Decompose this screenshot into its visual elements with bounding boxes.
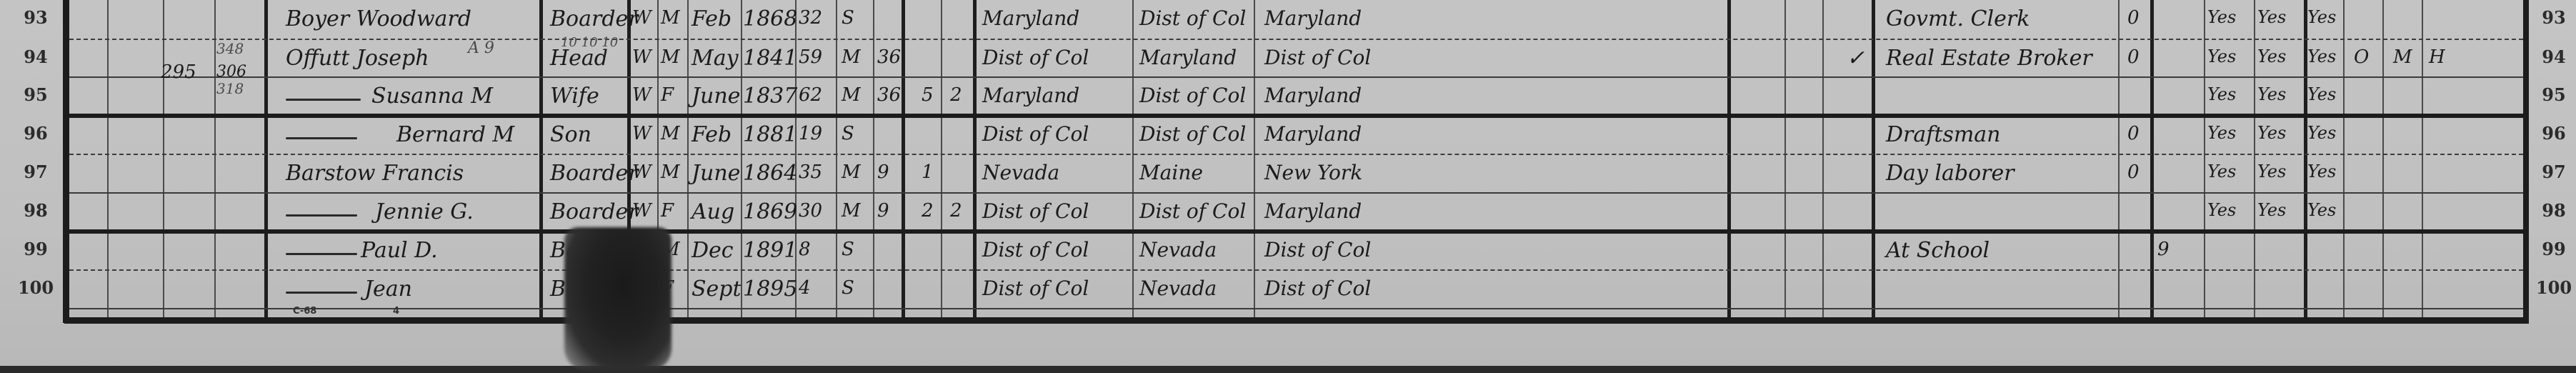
relationship-annotation: 10 10 10 (561, 36, 618, 49)
ditto-mark (286, 214, 357, 217)
mother-birthplace-cell: Maryland (1264, 86, 1362, 106)
relationship-cell: Boarder (550, 163, 639, 184)
name-cell: Susanna M (371, 86, 493, 107)
mother-of-children-cell: 2 (922, 202, 934, 220)
birthplace-cell: Maryland (982, 86, 1079, 106)
age-cell: 4 (799, 279, 811, 297)
age-cell: 59 (799, 48, 822, 66)
mother-birthplace-cell: New York (1264, 163, 1362, 183)
can-read-cell: Yes (2207, 9, 2236, 26)
can-read-cell: Yes (2207, 163, 2236, 180)
line-number-left: 97 (14, 161, 57, 182)
birth-month-cell: May (692, 48, 739, 69)
color-cell: W (632, 124, 652, 143)
birth-month-cell: June (692, 86, 740, 107)
mother-birthplace-cell: Dist of Col (1264, 279, 1371, 299)
father-birthplace-cell: Maine (1139, 163, 1203, 183)
line-number-right: 96 (2532, 123, 2575, 144)
birth-year-cell: 1841 (743, 48, 797, 69)
relationship-cell: Boarder (550, 9, 639, 30)
occupation-cell: At School (1886, 240, 1990, 262)
name-cell: Jennie G. (375, 202, 474, 223)
frame-bottom-border (64, 317, 2529, 324)
ditto-mark (286, 99, 361, 101)
marital-status-cell: S (842, 124, 854, 143)
birth-month-cell: Aug (692, 202, 734, 223)
line-number-right: 93 (2532, 7, 2575, 28)
birth-year-cell: 1868 (743, 9, 797, 30)
speaks-english-cell: Yes (2307, 202, 2336, 219)
line-number-left: 99 (14, 239, 57, 259)
owned-rented-cell: O (2354, 48, 2369, 66)
speaks-english-cell: Yes (2307, 48, 2336, 65)
film-edge (0, 366, 2576, 373)
months-unemployed-cell: 0 (2127, 9, 2140, 27)
name-cell: Barstow Francis (286, 163, 464, 184)
can-read-cell: Yes (2207, 86, 2236, 103)
birthplace-cell: Dist of Col (982, 240, 1089, 260)
name-cell: Boyer Woodward (286, 9, 471, 30)
mother-birthplace-cell: Maryland (1264, 9, 1362, 29)
years-married-cell: 9 (877, 202, 889, 220)
can-read-cell: Yes (2207, 202, 2236, 219)
birth-month-cell: Dec (692, 240, 734, 262)
mother-of-children-cell: 5 (922, 86, 934, 104)
children-living-cell: 2 (950, 202, 962, 220)
years-married-cell: 36 (877, 86, 901, 104)
occupation-cell: Draftsman (1886, 124, 2001, 146)
name-cell: Offutt Joseph (286, 48, 429, 69)
relationship-cell: Son (550, 124, 591, 146)
occupation-cell: Day laborer (1886, 163, 2015, 184)
sex-cell: M (661, 9, 680, 27)
age-cell: 8 (799, 240, 811, 259)
birth-year-cell: 1864 (743, 163, 797, 184)
frame-right-border (2523, 0, 2529, 323)
can-write-cell: Yes (2257, 202, 2286, 219)
sex-cell: M (661, 163, 680, 181)
line-number-right: 94 (2532, 46, 2575, 67)
farm-house-cell: H (2429, 48, 2445, 66)
can-write-cell: Yes (2257, 86, 2286, 103)
row-divider (69, 269, 2523, 271)
age-cell: 35 (799, 163, 822, 181)
birthplace-cell: Dist of Col (982, 202, 1089, 222)
row-divider (69, 154, 2523, 155)
birth-month-cell: Feb (692, 9, 732, 30)
color-cell: W (632, 9, 652, 27)
birth-year-cell: 1837 (743, 86, 797, 107)
relationship-cell: Boarder (550, 202, 639, 223)
color-cell: W (632, 163, 652, 181)
form-code: C-68 (293, 306, 316, 317)
marital-status-cell: M (842, 86, 861, 104)
children-living-cell: 2 (950, 86, 962, 104)
years-married-cell: 9 (877, 163, 889, 181)
months-unemployed-cell: 0 (2127, 163, 2140, 181)
can-read-cell: Yes (2207, 124, 2236, 141)
can-write-cell: Yes (2257, 48, 2286, 65)
mother-of-children-cell: 1 (922, 163, 934, 181)
line-number-left: 93 (14, 7, 57, 28)
check-mark-icon: ✓ (1847, 48, 1864, 69)
ink-blot (564, 227, 672, 370)
age-cell: 32 (799, 9, 822, 27)
birth-year-cell: 1869 (743, 202, 797, 223)
relationship-cell: Wife (550, 86, 599, 107)
line-number-left: 94 (14, 46, 57, 67)
sex-cell: M (661, 48, 680, 66)
marital-status-cell: S (842, 9, 854, 27)
name-cell: Jean (364, 279, 412, 300)
row-divider (69, 114, 2523, 118)
marital-status-cell: S (842, 240, 854, 259)
color-cell: W (632, 86, 652, 104)
months-unemployed-cell: 0 (2127, 48, 2140, 66)
father-birthplace-cell: Dist of Col (1139, 124, 1246, 144)
family-number-annotation-bottom: 318 (216, 81, 244, 96)
marital-status-cell: M (842, 48, 861, 66)
color-cell: W (632, 202, 652, 220)
dwelling-number: 295 (161, 63, 196, 81)
mother-birthplace-cell: Maryland (1264, 124, 1362, 144)
form-mark: 4 (393, 306, 399, 317)
family-number: 306 (216, 64, 246, 80)
father-birthplace-cell: Nevada (1139, 240, 1217, 260)
ditto-mark (286, 292, 357, 294)
age-cell: 19 (799, 124, 822, 143)
line-number-right: 97 (2532, 161, 2575, 182)
line-number-left: 96 (14, 123, 57, 144)
line-number-left: 98 (14, 200, 57, 221)
frame-left-border (63, 0, 69, 323)
birth-month-cell: June (692, 163, 740, 184)
father-birthplace-cell: Dist of Col (1139, 202, 1246, 222)
family-number-annotation-top: 348 (216, 41, 244, 56)
ditto-mark (286, 137, 357, 139)
line-number-right: 99 (2532, 239, 2575, 259)
speaks-english-cell: Yes (2307, 86, 2336, 103)
birthplace-cell: Dist of Col (982, 124, 1089, 144)
line-number-left: 95 (14, 84, 57, 105)
can-write-cell: Yes (2257, 124, 2286, 141)
line-number-right: 98 (2532, 200, 2575, 221)
line-number-left: 100 (14, 277, 57, 298)
sex-cell: M (661, 124, 680, 143)
birthplace-cell: Maryland (982, 9, 1079, 29)
speaks-english-cell: Yes (2307, 163, 2336, 180)
name-cell: Bernard M (396, 124, 514, 146)
sex-cell: F (661, 202, 674, 220)
row-divider (69, 39, 2523, 40)
father-birthplace-cell: Dist of Col (1139, 9, 1246, 29)
birth-year-cell: 1895 (743, 279, 797, 300)
father-birthplace-cell: Dist of Col (1139, 86, 1246, 106)
mother-birthplace-cell: Dist of Col (1264, 48, 1371, 68)
speaks-english-cell: Yes (2307, 9, 2336, 26)
marital-status-cell: M (842, 163, 861, 181)
age-cell: 62 (799, 86, 822, 104)
birth-month-cell: Sept (692, 279, 742, 300)
father-birthplace-cell: Maryland (1139, 48, 1237, 68)
line-number-right: 100 (2532, 277, 2575, 298)
row-divider (69, 76, 2523, 78)
name-cell: Paul D. (361, 240, 438, 262)
color-cell: W (632, 48, 652, 66)
birthplace-cell: Dist of Col (982, 279, 1089, 299)
occupation-cell: Real Estate Broker (1886, 48, 2092, 69)
ditto-mark (286, 253, 357, 255)
name-annotation: A 9 (468, 41, 494, 56)
row-divider (69, 229, 2523, 234)
age-cell: 30 (799, 202, 822, 220)
can-write-cell: Yes (2257, 9, 2286, 26)
mortgage-cell: M (2393, 48, 2412, 66)
marital-status-cell: S (842, 279, 854, 297)
birthplace-cell: Nevada (982, 163, 1059, 183)
mother-birthplace-cell: Dist of Col (1264, 240, 1371, 260)
can-write-cell: Yes (2257, 163, 2286, 180)
row-divider (69, 308, 2523, 309)
birth-month-cell: Feb (692, 124, 732, 146)
years-married-cell: 36 (877, 48, 901, 66)
father-birthplace-cell: Nevada (1139, 279, 1217, 299)
months-unemployed-cell: 0 (2127, 124, 2140, 143)
months-in-school-cell: 9 (2157, 240, 2170, 259)
birthplace-cell: Dist of Col (982, 48, 1089, 68)
can-read-cell: Yes (2207, 48, 2236, 65)
line-number-right: 95 (2532, 84, 2575, 105)
census-page: 9393949495959696979798989999100100 295 3… (0, 0, 2576, 373)
marital-status-cell: M (842, 202, 861, 220)
mother-birthplace-cell: Maryland (1264, 202, 1362, 222)
birth-year-cell: 1881 (743, 124, 797, 146)
speaks-english-cell: Yes (2307, 124, 2336, 141)
relationship-cell: Head (550, 48, 608, 69)
occupation-cell: Govmt. Clerk (1886, 9, 2030, 30)
row-divider (69, 192, 2523, 194)
sex-cell: F (661, 86, 674, 104)
birth-year-cell: 1891 (743, 240, 797, 262)
